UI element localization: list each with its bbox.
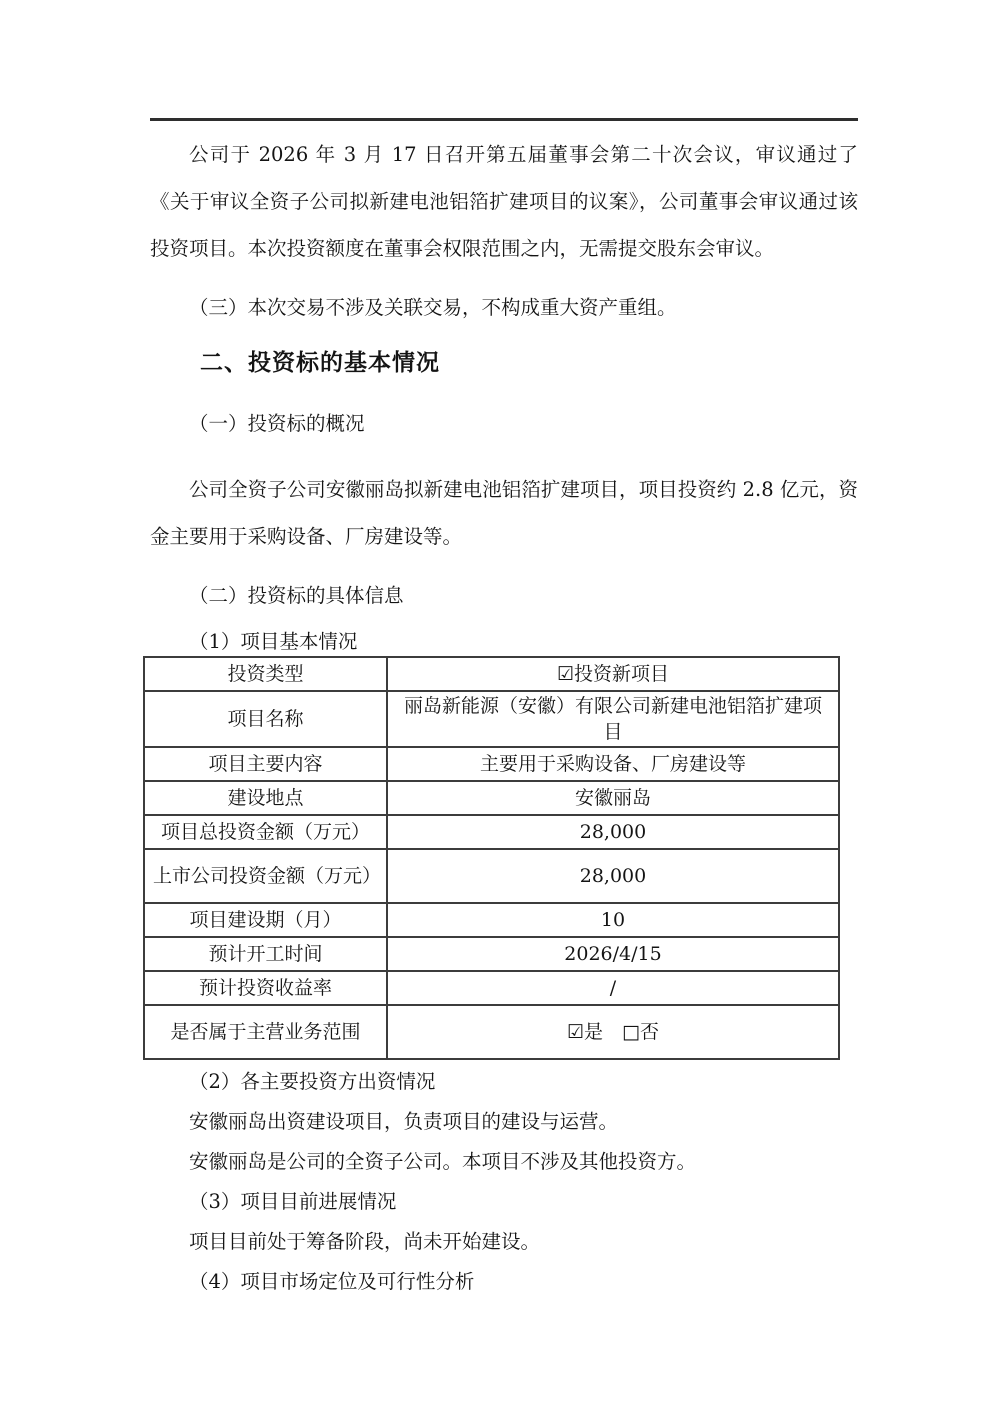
table-row-project-content: 项目主要内容 主要用于采购设备、厂房建设等 (144, 747, 839, 781)
table-row-start-date: 预计开工时间 2026/4/15 (144, 937, 839, 971)
paragraph-board-resolution: 公司于 2026 年 3 月 17 日召开第五届董事会第二十次会议，审议通过了《… (150, 131, 858, 272)
section-heading: 二、投资标的基本情况 (150, 348, 858, 378)
row-label: 是否属于主营业务范围 (144, 1005, 387, 1059)
table-row-expected-return: 预计投资收益率 / (144, 971, 839, 1005)
row-label: 项目建设期（月） (144, 903, 387, 937)
document-body: 公司于 2026 年 3 月 17 日召开第五届董事会第二十次会议，审议通过了《… (150, 0, 858, 1302)
table-row-construction-period: 项目建设期（月） 10 (144, 903, 839, 937)
row-value: 10 (387, 903, 839, 937)
item-3-heading: （3）项目目前进展情况 (150, 1182, 858, 1222)
row-label: 上市公司投资金额（万元） (144, 849, 387, 903)
row-value: ☑是 □否 (387, 1005, 839, 1059)
document-page: 公司于 2026 年 3 月 17 日召开第五届董事会第二十次会议，审议通过了《… (0, 0, 1000, 1414)
row-value: 主要用于采购设备、厂房建设等 (387, 747, 839, 781)
table-row-listed-company-investment: 上市公司投资金额（万元） 28,000 (144, 849, 839, 903)
paragraph-overview: 公司全资子公司安徽丽岛拟新建电池铝箔扩建项目，项目投资约 2.8 亿元，资金主要… (150, 466, 858, 560)
row-value: 2026/4/15 (387, 937, 839, 971)
item-1-heading: （1）项目基本情况 (150, 628, 858, 656)
table-row-project-name: 项目名称 丽岛新能源（安徽）有限公司新建电池铝箔扩建项目 (144, 691, 839, 747)
row-label: 预计开工时间 (144, 937, 387, 971)
row-label: 项目总投资金额（万元） (144, 815, 387, 849)
item-4-heading: （4）项目市场定位及可行性分析 (150, 1262, 858, 1302)
item-3-line-1: 项目目前处于筹备阶段，尚未开始建设。 (150, 1222, 858, 1262)
row-value: 丽岛新能源（安徽）有限公司新建电池铝箔扩建项目 (387, 691, 839, 747)
item-2-heading: （2）各主要投资方出资情况 (150, 1062, 858, 1102)
row-value: 28,000 (387, 849, 839, 903)
row-value: 28,000 (387, 815, 839, 849)
subsection-1-heading: （一）投资标的概况 (150, 410, 858, 438)
row-value: 安徽丽岛 (387, 781, 839, 815)
table-row-main-business-scope: 是否属于主营业务范围 ☑是 □否 (144, 1005, 839, 1059)
subsection-2-heading: （二）投资标的具体信息 (150, 582, 858, 610)
bottom-section: （2）各主要投资方出资情况 安徽丽岛出资建设项目，负责项目的建设与运营。 安徽丽… (150, 1062, 858, 1302)
table-row-total-investment: 项目总投资金额（万元） 28,000 (144, 815, 839, 849)
row-label: 项目名称 (144, 691, 387, 747)
project-info-table: 投资类型 ☑投资新项目 项目名称 丽岛新能源（安徽）有限公司新建电池铝箔扩建项目… (143, 656, 840, 1060)
row-label: 预计投资收益率 (144, 971, 387, 1005)
row-label: 投资类型 (144, 657, 387, 691)
item-2-line-1: 安徽丽岛出资建设项目，负责项目的建设与运营。 (150, 1102, 858, 1142)
table-row-investment-type: 投资类型 ☑投资新项目 (144, 657, 839, 691)
paragraph-related-transaction: （三）本次交易不涉及关联交易，不构成重大资产重组。 (150, 294, 858, 322)
row-label: 建设地点 (144, 781, 387, 815)
row-value: ☑投资新项目 (387, 657, 839, 691)
row-value: / (387, 971, 839, 1005)
item-2-line-2: 安徽丽岛是公司的全资子公司。本项目不涉及其他投资方。 (150, 1142, 858, 1182)
row-label: 项目主要内容 (144, 747, 387, 781)
table-row-location: 建设地点 安徽丽岛 (144, 781, 839, 815)
